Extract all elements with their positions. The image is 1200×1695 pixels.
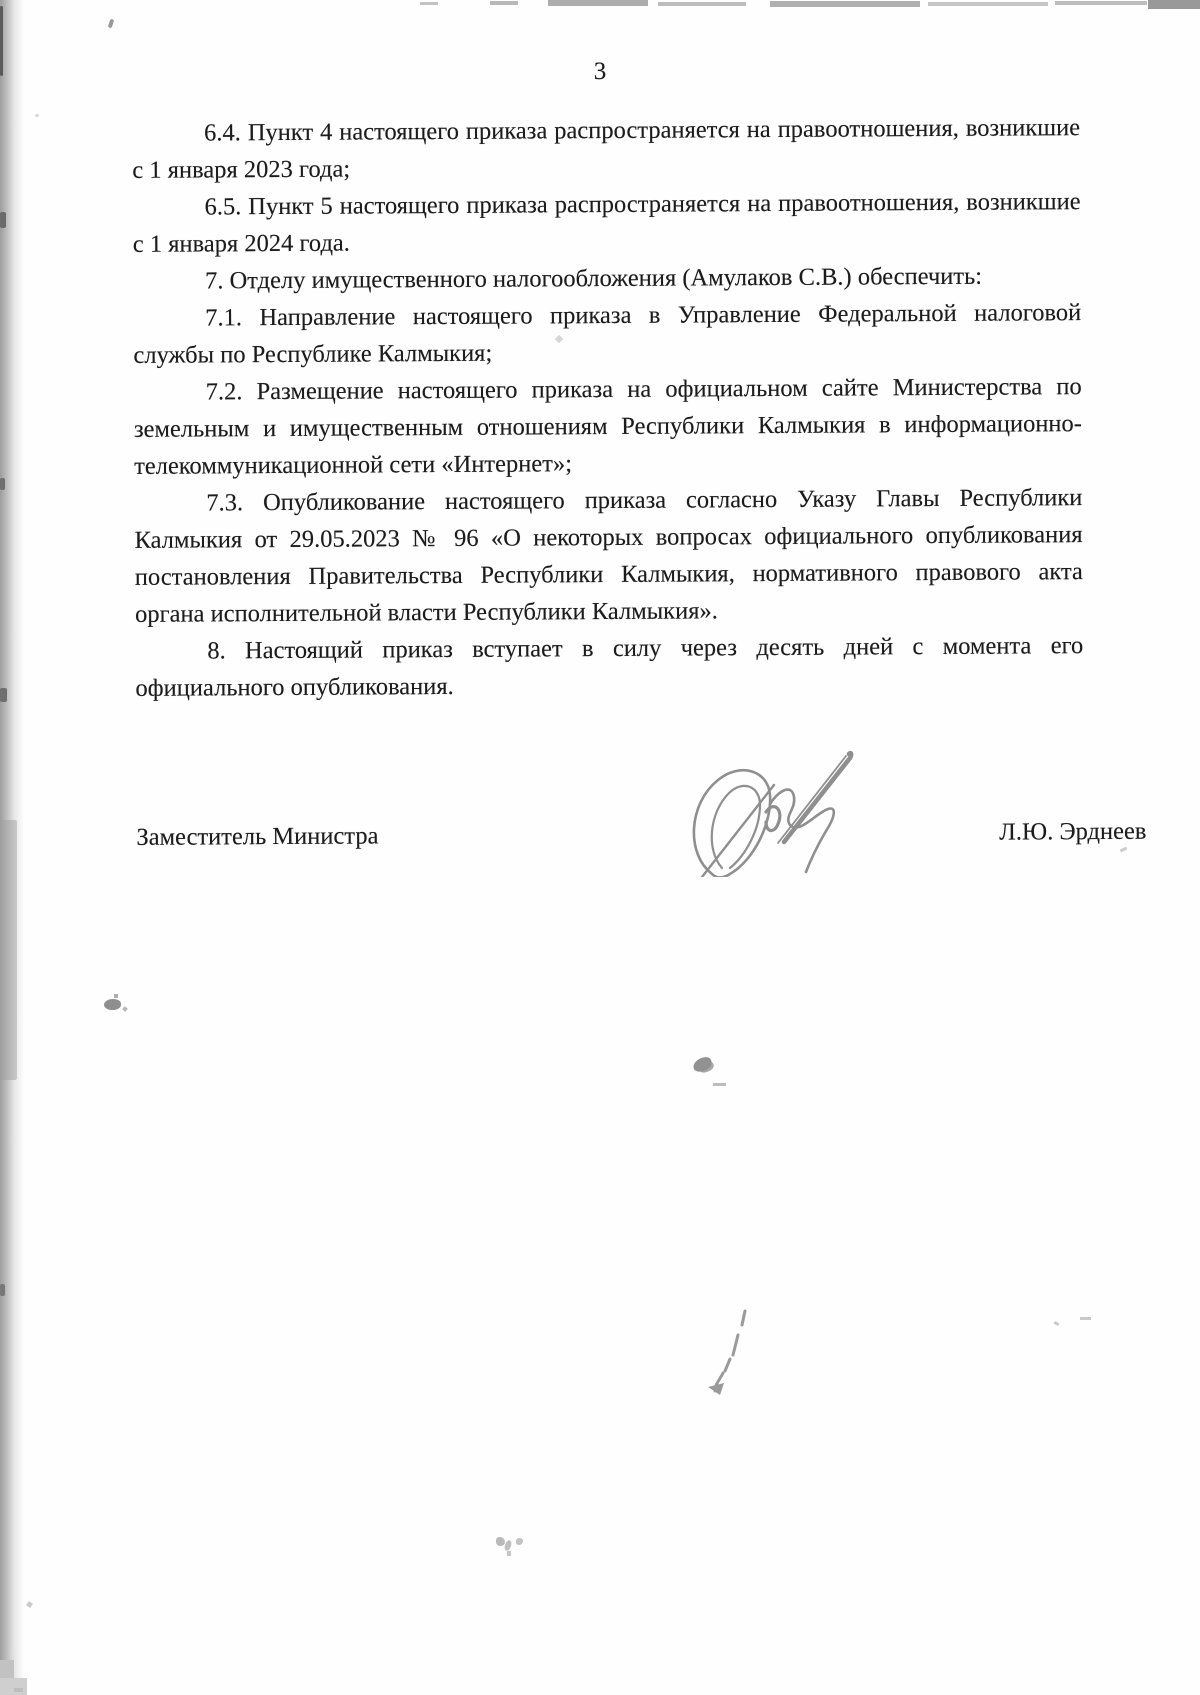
- stray-speck: [26, 1601, 33, 1608]
- stray-speck: [1054, 1321, 1060, 1326]
- stray-speck: [108, 19, 115, 29]
- scan-top-streak: [1148, 0, 1200, 9]
- paper-smudge: [503, 1539, 512, 1551]
- scan-top-streak: [548, 0, 648, 6]
- stray-speck: [122, 1006, 128, 1012]
- stray-dash: [713, 1083, 726, 1086]
- signature-row: Заместитель Министра Л.Ю. Эрднеев: [136, 813, 1084, 856]
- paragraph-8: 8. Настоящий приказ вступает в силу чере…: [135, 627, 1083, 707]
- paragraph-6-4: 6.4. Пункт 4 настоящего приказа распрост…: [132, 109, 1080, 189]
- paragraph-7: 7. Отделу имущественного налогообложения…: [133, 257, 1081, 300]
- handwritten-signature-icon: [678, 692, 878, 877]
- scanned-document-page: 3 6.4. Пункт 4 настоящего приказа распро…: [0, 0, 1200, 1695]
- paper-smudge: [516, 1538, 523, 1545]
- scan-edge-shadow-bulge: [0, 820, 17, 1080]
- stray-speck: [35, 114, 39, 117]
- scan-corner-shadow: [0, 1660, 14, 1695]
- scan-top-streak: [928, 2, 1048, 6]
- ink-smudge: [104, 999, 121, 1010]
- pen-stroke-mark: [700, 1303, 760, 1401]
- scan-top-streak: [770, 1, 920, 7]
- document-body: 6.4. Пункт 4 настоящего приказа распрост…: [132, 109, 1085, 856]
- signer-position-label: Заместитель Министра: [136, 817, 378, 855]
- scan-corner-shadow: [0, 1678, 27, 1695]
- ink-blot: [691, 1055, 713, 1073]
- scan-top-streak: [490, 1, 518, 5]
- scan-top-streak: [658, 2, 746, 6]
- paper-smudge: [507, 1551, 511, 1556]
- paragraph-7-1: 7.1. Направление настоящего приказа в Уп…: [133, 294, 1081, 374]
- scan-left-edge-shadow: [0, 0, 24, 1695]
- page-number: 3: [0, 58, 1200, 86]
- paragraph-7-3: 7.3. Опубликование настоящего приказа со…: [134, 479, 1083, 633]
- scan-edge-mark: [0, 478, 5, 490]
- paper-smudge: [496, 1537, 505, 1546]
- paragraph-6-5: 6.5. Пункт 5 настоящего приказа распрост…: [132, 183, 1080, 263]
- scan-top-streak: [1055, 1, 1147, 5]
- scan-edge-mark: [0, 1284, 5, 1296]
- scan-edge-mark: [0, 212, 6, 228]
- paragraph-7-2: 7.2. Размещение настоящего приказа на оф…: [134, 368, 1083, 485]
- stray-speck: [114, 994, 118, 998]
- scan-edge-mark: [0, 688, 7, 702]
- scan-top-streak: [420, 2, 438, 5]
- signer-name: Л.Ю. Эрднеев: [999, 813, 1146, 851]
- stray-dash: [1080, 1317, 1091, 1320]
- scan-corner-shadow: [14, 1688, 23, 1692]
